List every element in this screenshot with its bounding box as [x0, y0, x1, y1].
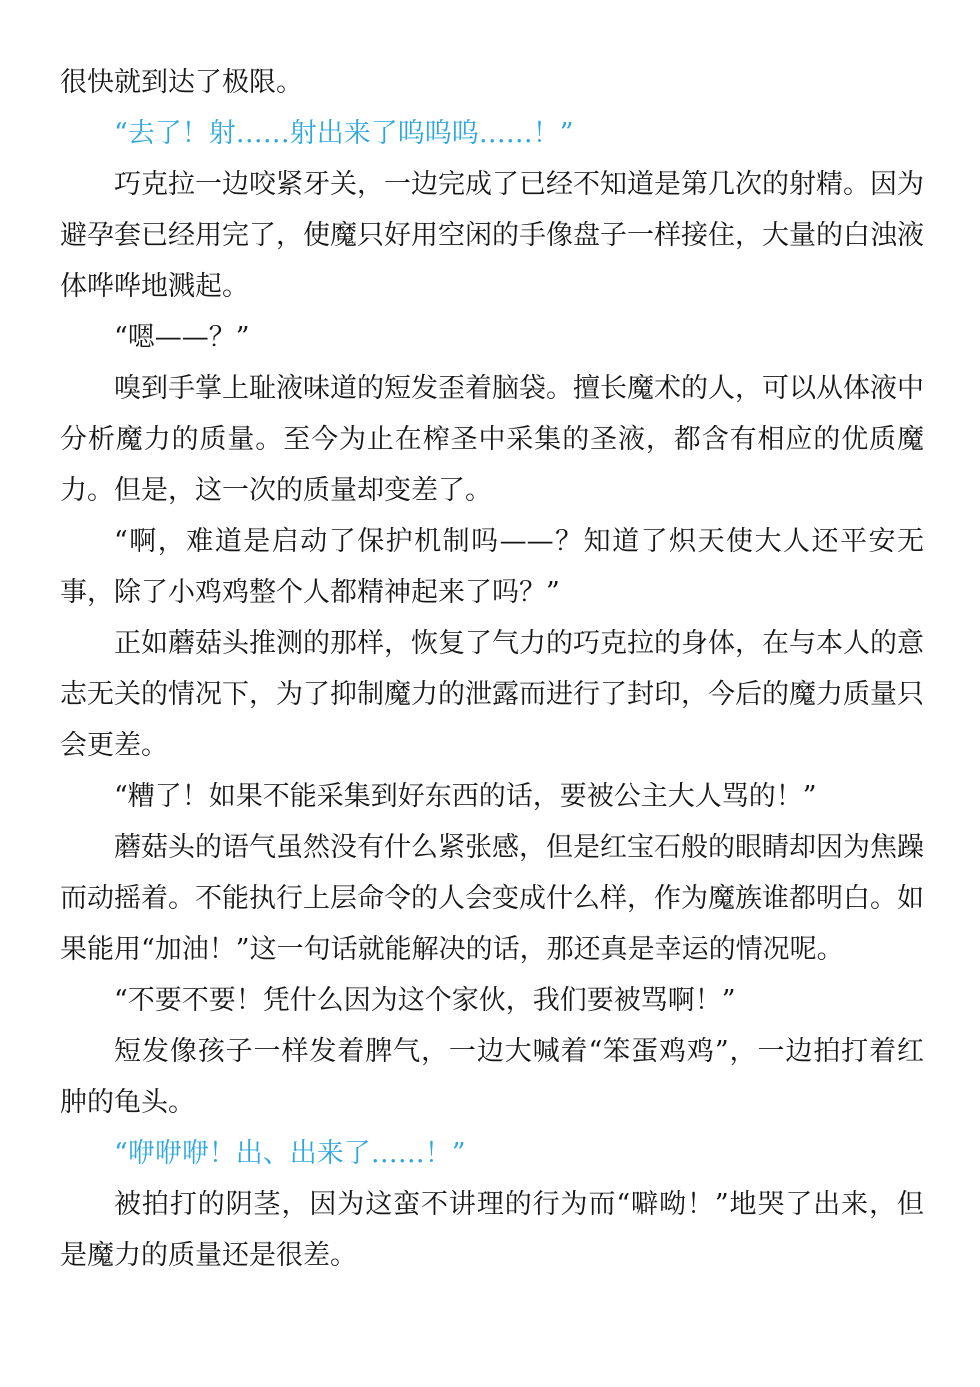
paragraph-narration: 嗅到手掌上耻液味道的短发歪着脑袋。擅长魔术的人，可以从体液中分析魔力的质量。至今…	[60, 363, 924, 516]
paragraph-continuation: 很快就到达了极限。	[60, 57, 924, 108]
novel-page: 很快就到达了极限。 “去了！射……射出来了呜呜呜……！” 巧克拉一边咬紧牙关，一…	[0, 0, 980, 1387]
paragraph-narration: 正如蘑菇头推测的那样，恢复了气力的巧克拉的身体，在与本人的意志无关的情况下，为了…	[60, 618, 924, 771]
paragraph-dialogue: “啊，难道是启动了保护机制吗——？知道了炽天使大人还平安无事，除了小鸡鸡整个人都…	[60, 516, 924, 618]
paragraph-narration: 蘑菇头的语气虽然没有什么紧张感，但是红宝石般的眼睛却因为焦躁而动摇着。不能执行上…	[60, 822, 924, 975]
paragraph-dialogue-accent: “去了！射……射出来了呜呜呜……！”	[60, 108, 924, 159]
text-column: 很快就到达了极限。 “去了！射……射出来了呜呜呜……！” 巧克拉一边咬紧牙关，一…	[60, 57, 924, 1281]
paragraph-narration: 短发像孩子一样发着脾气，一边大喊着“笨蛋鸡鸡”，一边拍打着红肿的龟头。	[60, 1026, 924, 1128]
paragraph-dialogue-accent: “咿咿咿！出、出来了……！”	[60, 1128, 924, 1179]
paragraph-narration: 被拍打的阴茎，因为这蛮不讲理的行为而“噼呦！”地哭了出来，但是魔力的质量还是很差…	[60, 1179, 924, 1281]
paragraph-dialogue: “不要不要！凭什么因为这个家伙，我们要被骂啊！”	[60, 975, 924, 1026]
paragraph-dialogue: “糟了！如果不能采集到好东西的话，要被公主大人骂的！”	[60, 771, 924, 822]
paragraph-narration: 巧克拉一边咬紧牙关，一边完成了已经不知道是第几次的射精。因为避孕套已经用完了，使…	[60, 159, 924, 312]
paragraph-dialogue: “嗯——？”	[60, 312, 924, 363]
